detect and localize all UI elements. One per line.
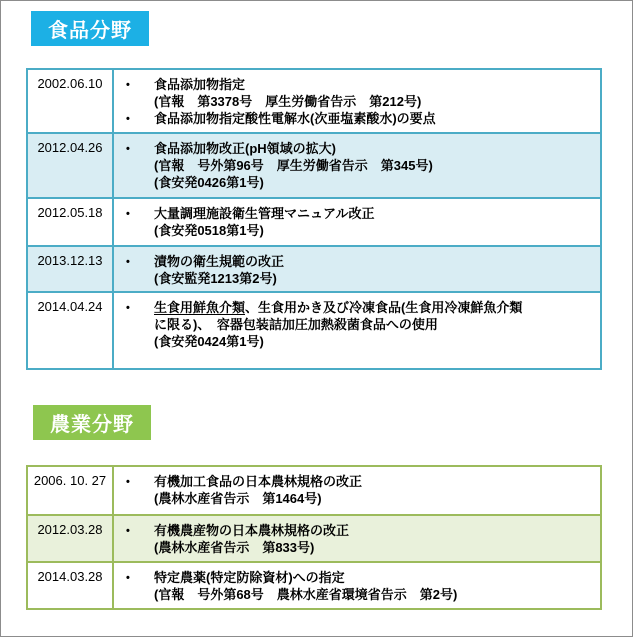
bullet-icon: •: [126, 205, 154, 239]
item-line: 食品添加物改正(pH領域の拡大): [154, 140, 592, 157]
section-title-food: 食品分野: [31, 11, 149, 46]
underlined-text: 生食用鮮魚介類: [154, 300, 245, 315]
item-line: (官報 号外第96号 厚生労働省告示 第345号): [154, 157, 592, 174]
table-row: 2013.12.13 • 漬物の衛生規範の改正 (食安監発1213第2号): [28, 245, 600, 291]
list-item: • 大量調理施設衛生管理マニュアル改正 (食安発0518第1号): [126, 205, 592, 239]
bullet-icon: •: [126, 522, 154, 556]
bullet-icon: •: [126, 110, 154, 128]
item-line: (官報 号外第68号 農林水産省環境省告示 第2号): [154, 586, 592, 603]
table-row: 2014.04.24 • 生食用鮮魚介類、生食用かき及び冷凍食品(生食用冷凍鮮魚…: [28, 291, 600, 368]
page: 食品分野 2002.06.10 • 食品添加物指定 (官報 第3378号 厚生労…: [0, 0, 633, 637]
table-row: 2012.03.28 • 有機農産物の日本農林規格の改正 (農林水産省告示 第8…: [28, 514, 600, 561]
bullet-icon: •: [126, 253, 154, 287]
content-cell: • 大量調理施設衛生管理マニュアル改正 (食安発0518第1号): [114, 199, 600, 245]
list-item: • 生食用鮮魚介類、生食用かき及び冷凍食品(生食用冷凍鮮魚介類 に限る)、 容器…: [126, 299, 592, 350]
bullet-icon: •: [126, 140, 154, 191]
item-line: 特定農薬(特定防除資材)への指定: [154, 569, 592, 586]
line-rest: 、生食用かき及び冷凍食品(生食用冷凍鮮魚介類: [245, 300, 522, 315]
item-line: 大量調理施設衛生管理マニュアル改正: [154, 205, 592, 222]
list-item: • 食品添加物指定酸性電解水(次亜塩素酸水)の要点: [126, 110, 592, 128]
table-row: 2002.06.10 • 食品添加物指定 (官報 第3378号 厚生労働省告示 …: [28, 70, 600, 132]
content-cell: • 有機加工食品の日本農林規格の改正 (農林水産省告示 第1464号): [114, 467, 600, 514]
item-line: 食品添加物指定: [154, 76, 592, 93]
list-item: • 有機農産物の日本農林規格の改正 (農林水産省告示 第833号): [126, 522, 592, 556]
date-cell: 2002.06.10: [28, 70, 114, 132]
table-row: 2012.05.18 • 大量調理施設衛生管理マニュアル改正 (食安発0518第…: [28, 197, 600, 245]
date-cell: 2014.03.28: [28, 563, 114, 608]
section-title-agri: 農業分野: [33, 405, 151, 440]
date-cell: 2012.05.18: [28, 199, 114, 245]
item-line: (食安監発1213第2号): [154, 270, 592, 287]
date-cell: 2014.04.24: [28, 293, 114, 368]
list-item: • 食品添加物指定 (官報 第3378号 厚生労働省告示 第212号): [126, 76, 592, 110]
date-cell: 2012.03.28: [28, 516, 114, 561]
bullet-icon: •: [126, 569, 154, 603]
list-item: • 特定農薬(特定防除資材)への指定 (官報 号外第68号 農林水産省環境省告示…: [126, 569, 592, 603]
table-row: 2014.03.28 • 特定農薬(特定防除資材)への指定 (官報 号外第68号…: [28, 561, 600, 608]
table-row: 2006. 10. 27 • 有機加工食品の日本農林規格の改正 (農林水産省告示…: [28, 467, 600, 514]
bullet-icon: •: [126, 299, 154, 350]
date-cell: 2013.12.13: [28, 247, 114, 291]
item-line: (食安発0426第1号): [154, 174, 592, 191]
content-cell: • 漬物の衛生規範の改正 (食安監発1213第2号): [114, 247, 600, 291]
content-cell: • 食品添加物指定 (官報 第3378号 厚生労働省告示 第212号) • 食品…: [114, 70, 600, 132]
item-line: 有機農産物の日本農林規格の改正: [154, 522, 592, 539]
date-cell: 2006. 10. 27: [28, 467, 114, 514]
food-table: 2002.06.10 • 食品添加物指定 (官報 第3378号 厚生労働省告示 …: [26, 68, 602, 370]
list-item: • 有機加工食品の日本農林規格の改正 (農林水産省告示 第1464号): [126, 473, 592, 507]
item-line: (農林水産省告示 第833号): [154, 539, 592, 556]
item-line: (官報 第3378号 厚生労働省告示 第212号): [154, 93, 592, 110]
item-line: (農林水産省告示 第1464号): [154, 490, 592, 507]
bullet-icon: •: [126, 76, 154, 110]
item-line: (食安発0518第1号): [154, 222, 592, 239]
date-cell: 2012.04.26: [28, 134, 114, 197]
bullet-icon: •: [126, 473, 154, 507]
item-line: に限る)、 容器包装詰加圧加熱殺菌食品への使用: [154, 316, 592, 333]
agri-table: 2006. 10. 27 • 有機加工食品の日本農林規格の改正 (農林水産省告示…: [26, 465, 602, 610]
table-row: 2012.04.26 • 食品添加物改正(pH領域の拡大) (官報 号外第96号…: [28, 132, 600, 197]
list-item: • 食品添加物改正(pH領域の拡大) (官報 号外第96号 厚生労働省告示 第3…: [126, 140, 592, 191]
content-cell: • 特定農薬(特定防除資材)への指定 (官報 号外第68号 農林水産省環境省告示…: [114, 563, 600, 608]
item-line: 漬物の衛生規範の改正: [154, 253, 592, 270]
content-cell: • 生食用鮮魚介類、生食用かき及び冷凍食品(生食用冷凍鮮魚介類 に限る)、 容器…: [114, 293, 600, 368]
item-line: 生食用鮮魚介類、生食用かき及び冷凍食品(生食用冷凍鮮魚介類: [154, 299, 592, 316]
item-line: 食品添加物指定酸性電解水(次亜塩素酸水)の要点: [154, 110, 592, 127]
item-line: 有機加工食品の日本農林規格の改正: [154, 473, 592, 490]
content-cell: • 食品添加物改正(pH領域の拡大) (官報 号外第96号 厚生労働省告示 第3…: [114, 134, 600, 197]
content-cell: • 有機農産物の日本農林規格の改正 (農林水産省告示 第833号): [114, 516, 600, 561]
item-line: (食安発0424第1号): [154, 333, 592, 350]
list-item: • 漬物の衛生規範の改正 (食安監発1213第2号): [126, 253, 592, 287]
